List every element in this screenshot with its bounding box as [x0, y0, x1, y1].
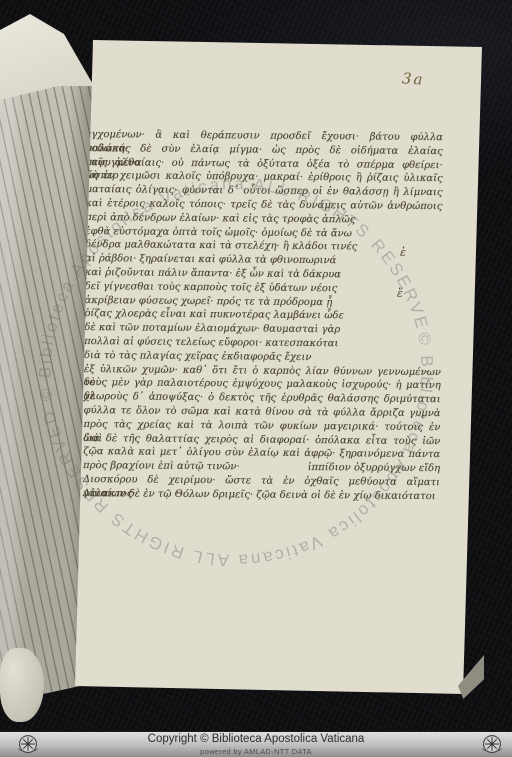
footer-powered-by: powered by AMLAD·NTT DATA	[0, 747, 512, 756]
footer-copyright: Copyright © Biblioteca Apostolica Vatica…	[0, 733, 512, 745]
manuscript-line: Δικαίων δὲ ἐν τῷ Θόλων δριμεῖς· ζῷα δειν…	[83, 487, 440, 504]
footer-bar: Copyright © Biblioteca Apostolica Vatica…	[0, 731, 512, 757]
digitized-manuscript-view: 3a ἐγχομένων· ἃ καὶ θεράπευσιν προσδεῖ ἔ…	[0, 0, 512, 757]
margin-mark: ἑ	[400, 246, 406, 259]
folio-number: 3a	[401, 69, 425, 89]
vatican-seal-icon	[481, 733, 503, 755]
greek-text-block: ἐγχομένων· ἃ καὶ θεράπευσιν προσδεῖ ἔχου…	[83, 128, 443, 504]
margin-mark: ἕ	[397, 287, 403, 300]
book-bottom-corner	[0, 648, 44, 722]
